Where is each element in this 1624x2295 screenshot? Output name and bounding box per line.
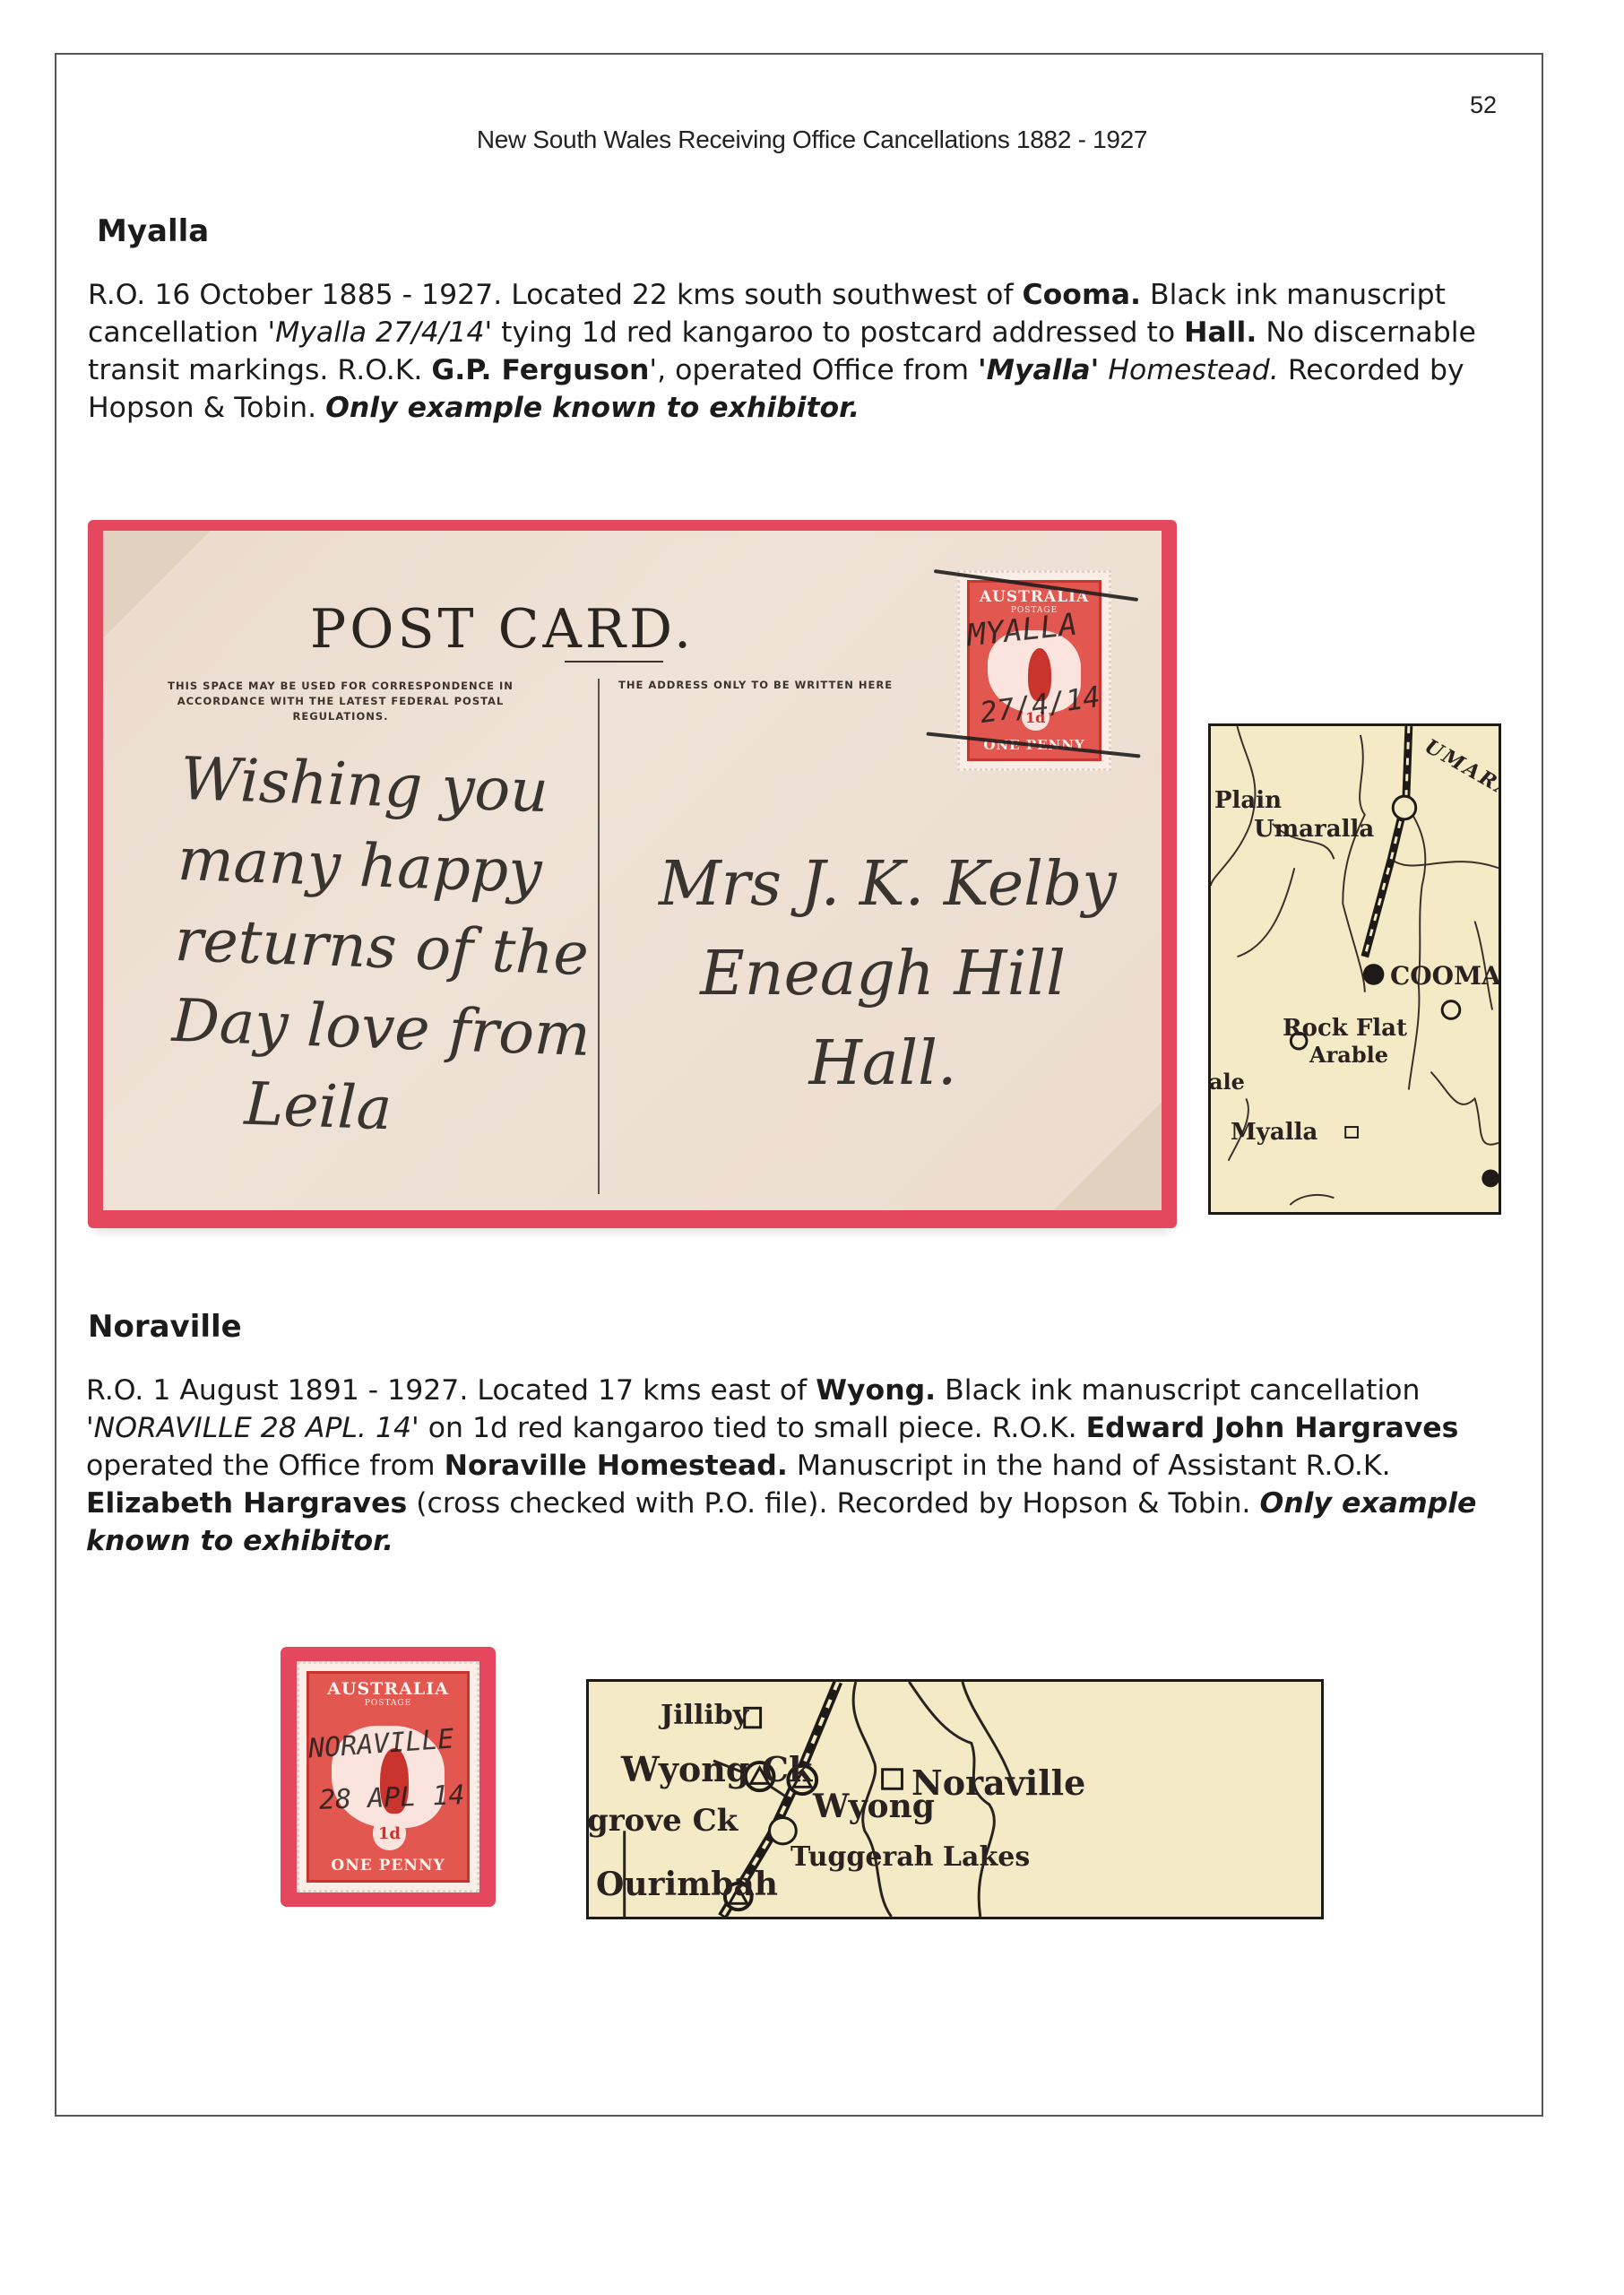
postcard-title-rule (565, 661, 663, 663)
stamp-piece-mount: AUSTRALIA POSTAGE 1d ONE PENNY NORAVILLE… (281, 1647, 496, 1907)
stamp-myalla: AUSTRALIA POSTAGE 1d ONE PENNY MYALLA 27… (957, 570, 1111, 771)
section-title-myalla: Myalla (97, 213, 209, 249)
map-label: Rock Flat (1283, 1015, 1407, 1042)
photo-corner (1054, 1103, 1162, 1210)
map-label: Wyong Ck (621, 1749, 812, 1789)
handwritten-message: Wishing you many happy returns of the Da… (168, 739, 600, 1156)
description-noraville: R.O. 1 August 1891 - 1927. Located 17 km… (86, 1372, 1520, 1560)
map-label: ale (1209, 1069, 1245, 1095)
page-number: 52 (1470, 91, 1497, 119)
stamp-value: ONE PENNY (331, 1857, 445, 1875)
map-label: Jilliby (661, 1700, 748, 1731)
map-label: COOMA (1390, 961, 1501, 991)
stamp-postage: POSTAGE (365, 1699, 411, 1708)
handwritten-address: Mrs J. K. Kelby Eneagh Hill Hall. (659, 840, 1107, 1109)
postcard-correspondence-note: THIS SPACE MAY BE USED FOR CORRESPONDENC… (152, 679, 529, 724)
map-label: Myalla (1231, 1119, 1317, 1146)
stamp-denomination: 1d (373, 1816, 407, 1850)
map-label: Arable (1309, 1042, 1388, 1068)
postcard-address-note: THE ADDRESS ONLY TO BE WRITTEN HERE (618, 679, 893, 691)
map-noraville: Jilliby Wyong Ck grove Ck Ourimbah Wyong… (586, 1679, 1324, 1919)
map-label: Plain (1214, 787, 1282, 814)
page-header: New South Wales Receiving Office Cancell… (0, 126, 1624, 154)
map-label: Noraville (911, 1762, 1085, 1803)
manuscript-cancel-date: 28 APL 14 (318, 1780, 465, 1816)
map-label: Ourimbah (596, 1866, 778, 1903)
stamp-country: AUSTRALIA (327, 1679, 449, 1699)
map-label: Umaralla (1254, 816, 1374, 843)
description-myalla: R.O. 16 October 1885 - 1927. Located 22 … (88, 276, 1513, 427)
map-label: Tuggerah Lakes (790, 1841, 1030, 1873)
map-myalla: Plain Umaralla UMARAL COOMA Rock Flat Ar… (1208, 723, 1501, 1215)
section-title-noraville: Noraville (88, 1309, 242, 1345)
stamp-noraville: AUSTRALIA POSTAGE 1d ONE PENNY NORAVILLE… (297, 1661, 479, 1892)
map-label: grove Ck (587, 1803, 738, 1839)
